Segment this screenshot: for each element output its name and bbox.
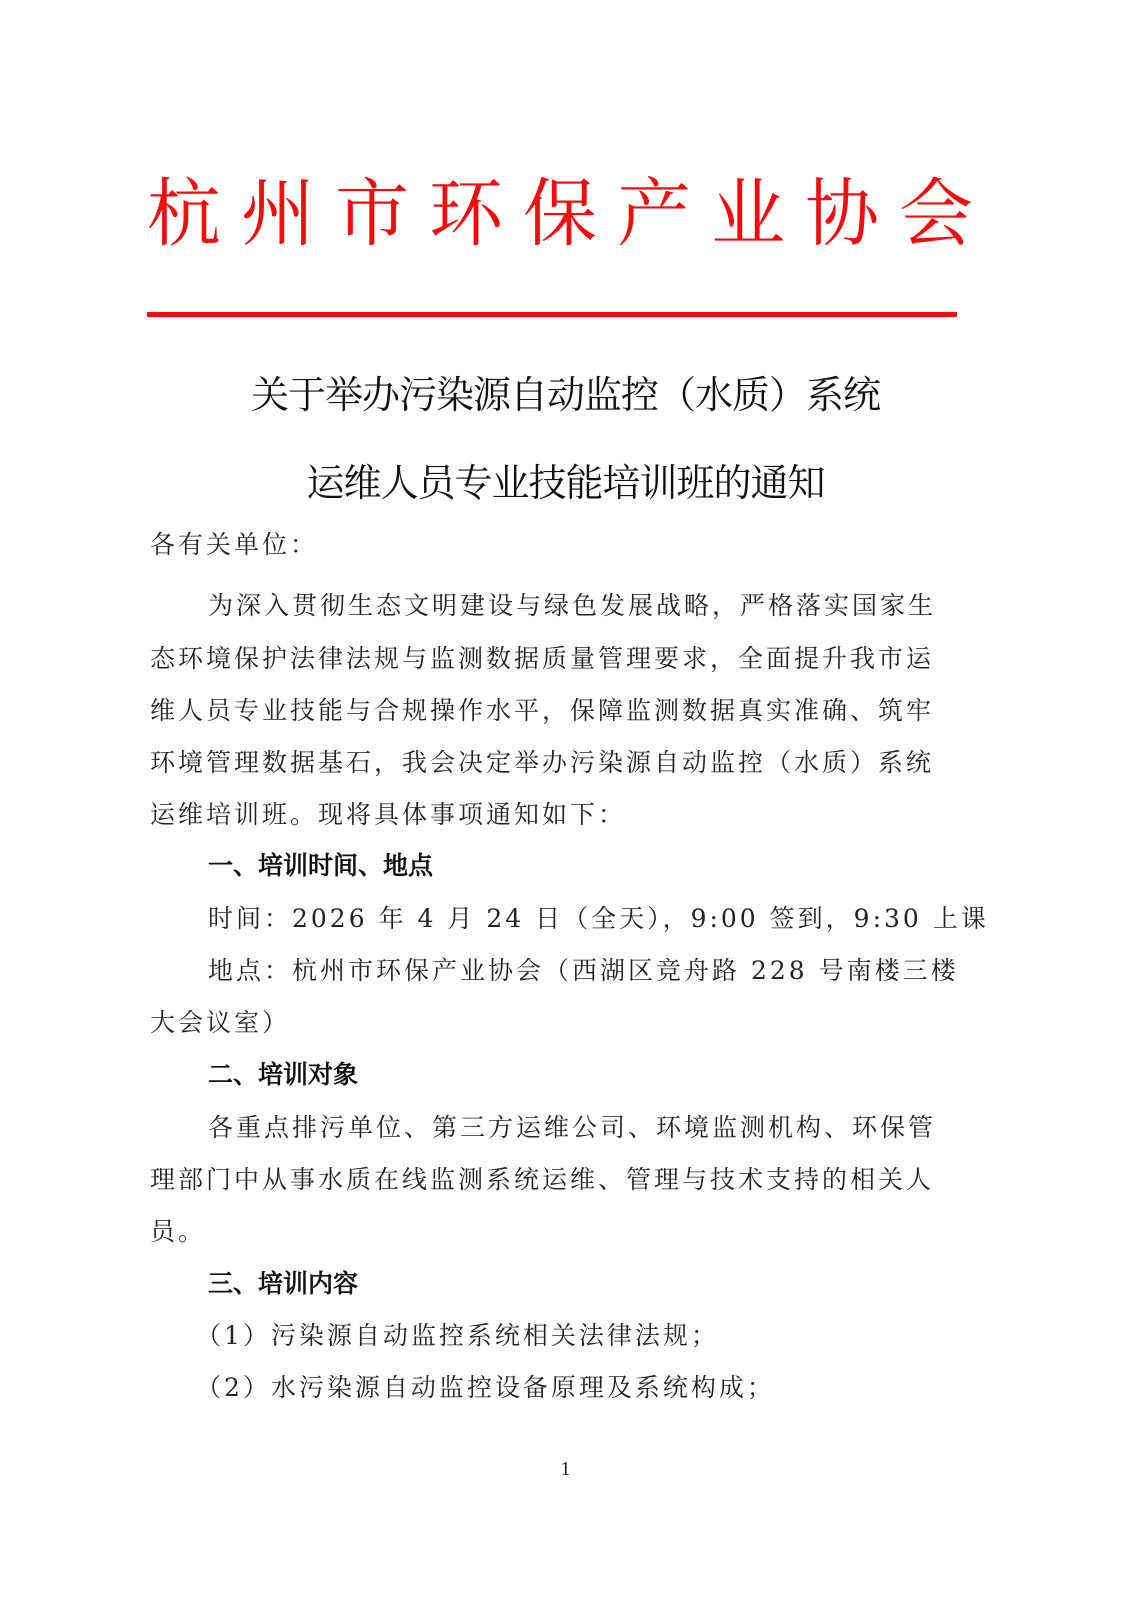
document-title-line-2: 运维人员专业技能培训班的通知 xyxy=(0,452,1131,507)
section-2-heading: 二、培训对象 xyxy=(208,1060,358,1090)
section-3-heading: 三、培训内容 xyxy=(208,1269,358,1299)
intro-line-3: 维人员专业技能与合规操作水平，保障监测数据真实准确、筑牢 xyxy=(150,696,970,726)
section-3-item-1: （1）污染源自动监控系统相关法律法规； xyxy=(196,1321,1016,1351)
document-title-line-1: 关于举办污染源自动监控（水质）系统 xyxy=(0,364,1131,419)
salutation: 各有关单位： xyxy=(150,530,970,560)
intro-line-5: 运维培训班。现将具体事项通知如下： xyxy=(150,800,970,830)
section-3-item-2: （2）水污染源自动监控设备原理及系统构成； xyxy=(196,1373,1016,1403)
section-1-heading: 一、培训时间、地点 xyxy=(208,851,433,881)
intro-line-2: 态环境保护法律法规与监测数据质量管理要求，全面提升我市运 xyxy=(150,644,970,674)
section-2-line-2: 理部门中从事水质在线监测系统运维、管理与技术支持的相关人 xyxy=(150,1165,970,1195)
intro-line-4: 环境管理数据基石，我会决定举办污染源自动监控（水质）系统 xyxy=(150,748,970,778)
section-1-time: 时间：2026 年 4 月 24 日（全天），9:00 签到，9:30 上课 xyxy=(208,904,1028,934)
intro-line-1: 为深入贯彻生态文明建设与绿色发展战略，严格落实国家生 xyxy=(208,591,1028,621)
section-1-location-cont: 大会议室） xyxy=(150,1008,970,1038)
letterhead-red-rule xyxy=(147,312,957,317)
letterhead-organization-name: 杭州市环保产业协会 xyxy=(147,168,959,260)
section-1-location: 地点：杭州市环保产业协会（西湖区竞舟路 228 号南楼三楼 xyxy=(208,956,1028,986)
section-2-line-1: 各重点排污单位、第三方运维公司、环境监测机构、环保管 xyxy=(208,1113,1028,1143)
page-number: 1 xyxy=(0,1458,1131,1481)
section-2-line-3: 员。 xyxy=(150,1217,970,1247)
document-page: 杭州市环保产业协会 关于举办污染源自动监控（水质）系统 运维人员专业技能培训班的… xyxy=(0,0,1131,1600)
